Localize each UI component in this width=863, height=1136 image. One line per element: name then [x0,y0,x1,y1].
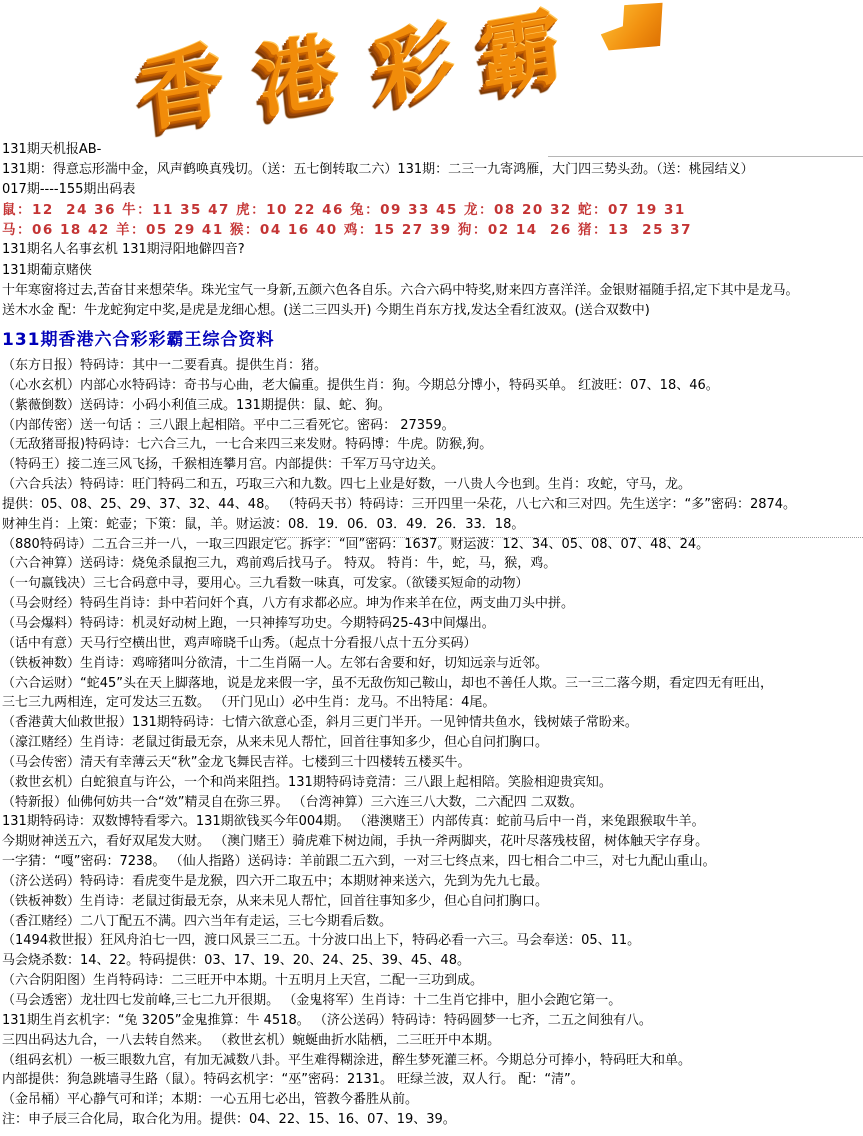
header-text-line: 131期：得意忘形湍中金，风声鹤唤真残切。（送：五七倒转取二六）131期：二三一… [2,160,863,180]
logo-fragment-decoration [597,0,669,55]
tip-text-line: （济公送码）特码诗：看虎变牛是龙猴，四六开二取五中；本期财神来送六，先到为先九七… [2,872,863,892]
zodiac-code-line: 鼠：12 24 36 牛：11 35 47 虎：10 22 46 兔：09 33… [2,200,863,220]
logo-char: 香 [136,39,228,137]
tip-text-line: （内部传密）送一句话 ：三八跟上起相陪。平中二三看死它。密码： 27359。 [2,416,863,436]
tip-text-line: 三四出码达九合，一八去转自然来。 （救世玄机）蜿蜒曲折水陆栖，二三旺开中本期。 [2,1031,863,1051]
tip-text-line: （1494救世报）狂风舟泊七一四，渡口风景三二五。十分波口出上下，特码必看一六三… [2,931,863,951]
tip-text-line: （紫薇倒数）送码诗：小码小利值三成。131期提供：鼠、蛇、狗。 [2,396,863,416]
tip-text-line: 注：申子辰三合化局，取合化为用。提供：04、22、15、16、07、19、39。 [2,1110,863,1130]
tip-text-line: （六合运财）“蛇45”头在天上脚落地，说是龙来假一字，虽不无敌伤知己鞍山，却也不… [2,674,863,694]
tip-text-line: （六合兵法）特码诗：旺门特码二和五，巧取三六和九数。四七上业是好数，一八贵人今也… [2,475,863,495]
tip-text-line: （无敌猪哥报)特码诗：七六合三九，一七合来四三来发财。特码博：牛虎。防猴,狗。 [2,435,863,455]
tip-text-line: （六合神算）送码诗：烧兔杀鼠抱三九，鸡前鸡后找马子。 特双。 特肖：牛，蛇，马，… [2,554,863,574]
tip-text-line: （马会透密）龙壮四七发前峰,三七二九开很期。 （金鬼将军）生肖诗：十二生肖它排中… [2,991,863,1011]
tip-text-line: （香港黄大仙救世报）131期特码诗：七情六欲意心歪，斜月三更门半开。一见钟情共鱼… [2,713,863,733]
tip-text-line: （一句嬴钱决）三七合码意中寻，要用心。三九看数一味真，可发家。（欲镂买短命的动物… [2,574,863,594]
header-text-section: 131期天机报AB-131期：得意忘形湍中金，风声鹤唤真残切。（送：五七倒转取二… [2,140,863,321]
tip-text-line: （金吊桶）平心静气可和详；本期：一心五用七必出，管教今番胜从前。 [2,1090,863,1110]
tips-body-section: （东方日报）特码诗：其中一二要看真。提供生肖：猪。（心水玄机）内部心水特码诗：奇… [2,356,863,1130]
tip-text-line: （六合阴阳图）生肖特码诗：二三旺开中本期。十五明月上天宫，二配一三功到成。 [2,971,863,991]
tip-text-line: 今期财神送五六，看好双尾发大财。 （澳门赌王）骑虎难下树边闹，手执一斧两脚夹，花… [2,832,863,852]
tip-text-line: （组码玄机）一板三眼数九宫，有加无减数八卦。平生难得糊涂进，醉生梦死灌三杯。今期… [2,1051,863,1071]
tip-text-line: （铁板神数）生肖诗：鸡啼猪叫分欲清，十二生肖隔一人。左邻右舍要和好，切知远亲与近… [2,654,863,674]
tip-text-line: 内部提供：狗急跳墙寻生路（鼠）。特码玄机字：“巫”密码：2131。 旺绿兰波，双… [2,1070,863,1090]
tip-text-line: （心水玄机）内部心水特码诗：奇书与心曲，老大偏重。提供生肖：狗。今期总分博小，特… [2,376,863,396]
tip-text-line: 财神生肖：上策：蛇壶；下策：鼠，羊。财运波：08．19．06．03．49．26．… [2,515,863,535]
header-text-line: 131期名人名事玄机 131期浔阳地僻四音? [2,240,863,260]
tip-text-line: （马会传密）清天有幸薄云天“秋”金龙飞舞民吉祥。七楼到三十四楼转五楼买牛。 [2,753,863,773]
logo-char: 彩 [370,17,457,111]
header-text-line: 131期天机报AB- [2,140,863,160]
header-text-line: 送木水金 配：牛龙蛇狗定中奖,是虎是龙细心想。(送二三四头开) 今期生肖东方找,… [2,301,863,321]
tip-text-line: （特新报）仙佛何妨共一合“效”精灵自在弥三界。 （台湾神算）三六连三八大数，二六… [2,793,863,813]
tip-text-line: （话中有意）天马行空横出世，鸡声啼晓千山秀。（起点十分看报八点十五分买码） [2,634,863,654]
site-logo: 香港彩霸 [0,0,863,140]
tip-text-line: （特码王）接二连三风飞扬，千猴相连攀月宫。内部提供：千军万马守边关。 [2,455,863,475]
logo-char: 港 [254,29,341,123]
tip-text-line: 一字猜：“嘎”密码：7238。 （仙人指路）送码诗：羊前跟二五六到，一对三七终点… [2,852,863,872]
tip-text-line: 131期特码诗：双数博特看零六。131期欲钱买今年004期。 （港澳赌王）内部传… [2,812,863,832]
zodiac-code-line: 马：06 18 42 羊：05 29 41 猴：04 16 40 鸡：15 27… [2,220,863,240]
tip-text-line: 三七三九两相连，定可发达三五数。 （开门见山）必中生肖：龙马。不出特尾：4尾。 [2,693,863,713]
tip-text-line: 提供：05、08、25、29、37、32、44、48。 （特码天书）特码诗：三开… [2,495,863,515]
header-text-line: 十年寒窗将过去,苦奋甘来想荣华。珠光宝气一身新,五颜六色各自乐。六合六码中特奖,… [2,281,863,301]
tip-text-line: （马会爆料）特码诗：机灵好动树上跑，一只神捧写功史。今期特码25-43中间爆出。 [2,614,863,634]
tip-text-line: 131期生肖玄机字：“兔 3205”金鬼推算：牛 4518。 （济公送码）特码诗… [2,1011,863,1031]
tip-text-line: （铁板神数）生肖诗：老鼠过街最无奈，从来未见人帮忙，回首往事知多少，但心自问扪胸… [2,892,863,912]
tip-text-line: （马会财经）特码生肖诗：卦中若问奸个真，八方有求都必应。坤为作来羊在位，两支曲刀… [2,594,863,614]
section-title: 131期香港六合彩彩霸王综合资料 [2,325,275,350]
logo-char: 霸 [476,5,565,101]
header-text-line: 017期----155期出码表 [2,180,863,200]
tip-text-line: （东方日报）特码诗：其中一二要看真。提供生肖：猪。 [2,356,863,376]
tip-text-line: （濠江赌经）生肖诗：老鼠过街最无奈，从来未见人帮忙，回首往事知多少，但心自问扪胸… [2,733,863,753]
header-text-line: 131期葡京赌侠 [2,261,863,281]
tip-text-line: （880特码诗）二五合三并一八，一取三四跟定它。拆字：“回”密码：1637。财运… [2,535,863,555]
tip-text-line: （救世玄机）白蛇狼直与许公，一个和尚来阻挡。131期特码诗竟清：三八跟上起相陪。… [2,773,863,793]
tip-text-line: 马会烧杀数：14、22。特码提供：03、17、19、20、24、25、39、45… [2,951,863,971]
tip-text-line: （香江赌经）二八丁配五不满。四六当年有走运，三七今期看后数。 [2,912,863,932]
